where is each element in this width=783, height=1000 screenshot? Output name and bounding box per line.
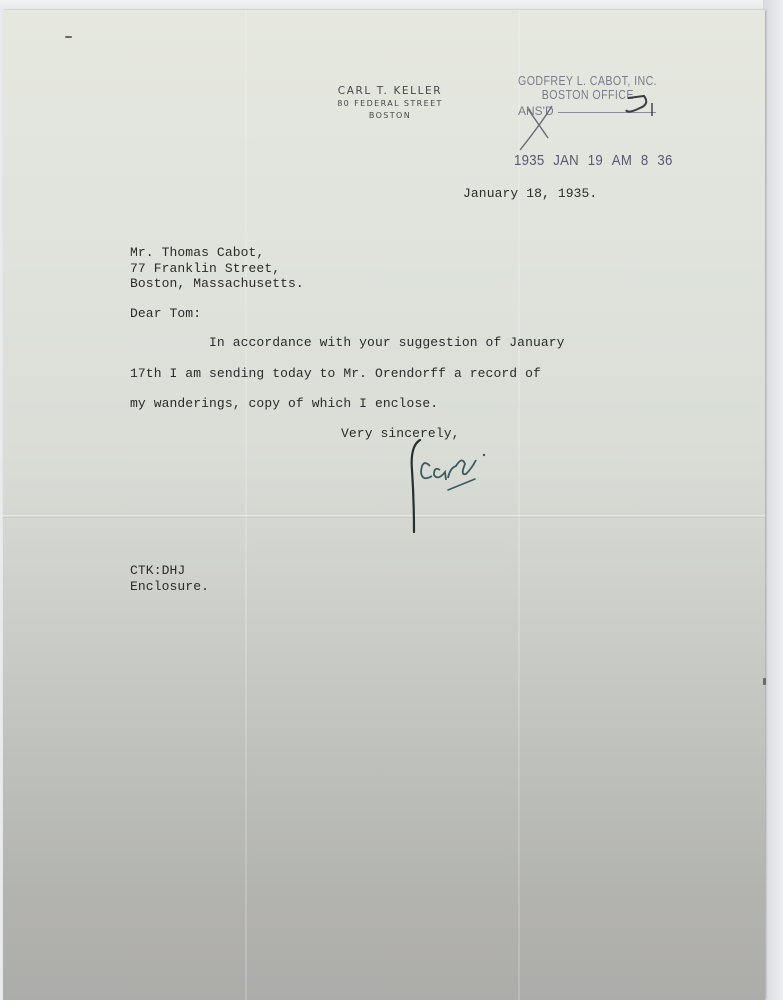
body-line-2: 17th I am sending today to Mr. Orendorff… xyxy=(130,366,541,382)
enclosure-note: Enclosure. xyxy=(130,579,209,595)
stamp-blank-line xyxy=(558,112,656,113)
reference-block: CTK:DHJEnclosure. xyxy=(130,563,209,594)
recipient-city: Boston, Massachusetts. xyxy=(130,276,304,292)
letterhead-street: 80 FEDERAL STREET xyxy=(300,98,480,110)
paper-speck xyxy=(763,678,766,685)
letterhead: CARL T. KELLER 80 FEDERAL STREET BOSTON xyxy=(300,84,480,122)
background-border-right xyxy=(763,0,783,1000)
stamp-minute: 36 xyxy=(657,152,672,169)
received-stamp: GODFREY L. CABOT, INC. BOSTON OFFICE ANS… xyxy=(518,74,688,120)
stamp-hour: 8 xyxy=(641,152,649,169)
salutation: Dear Tom: xyxy=(130,306,201,322)
stamp-ampm: AM xyxy=(612,152,632,169)
body-line-1: In accordance with your suggestion of Ja… xyxy=(130,335,565,351)
closing: Very sincerely, xyxy=(341,426,460,442)
recipient-address: Mr. Thomas Cabot,77 Franklin Street,Bost… xyxy=(130,245,304,292)
letterhead-city: BOSTON xyxy=(300,110,480,122)
recipient-name: Mr. Thomas Cabot, xyxy=(130,245,304,261)
reference-initials: CTK:DHJ xyxy=(130,563,209,579)
stamp-answered-label: ANS'D xyxy=(518,104,554,118)
stamp-year: 1935 xyxy=(514,152,544,169)
body-line-3: my wanderings, copy of which I enclose. xyxy=(130,396,438,412)
stamp-office: BOSTON OFFICE xyxy=(518,88,663,102)
fold-crease xyxy=(3,515,765,518)
paper-speck xyxy=(65,36,72,38)
stamp-company: GODFREY L. CABOT, INC. xyxy=(518,74,663,88)
stamp-day: 19 xyxy=(588,152,603,169)
stamp-answered-line: ANS'D xyxy=(518,102,688,120)
stamp-month: JAN xyxy=(553,152,579,169)
letter-date: January 18, 1935. xyxy=(463,186,597,202)
letterhead-name: CARL T. KELLER xyxy=(300,84,480,98)
paper-crease xyxy=(245,10,247,1000)
recipient-street: 77 Franklin Street, xyxy=(130,261,304,277)
stamp-received-date: 1935JAN19AM836 xyxy=(514,152,681,169)
